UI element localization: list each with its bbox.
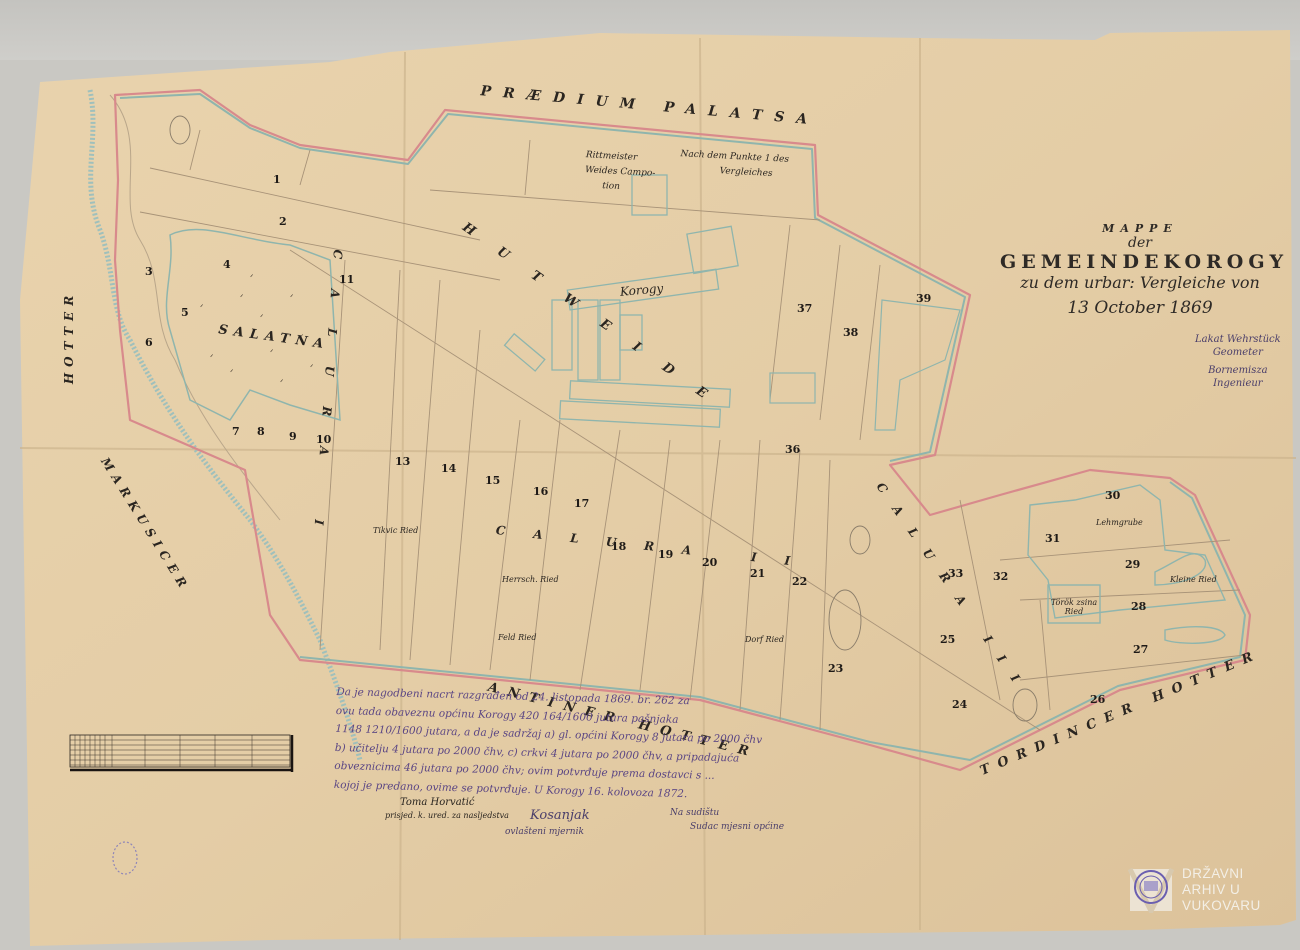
svg-text:ᐟ: ᐟ: [230, 368, 233, 377]
parcel-number: 13: [395, 455, 410, 468]
svg-text:ᐟ: ᐟ: [290, 293, 293, 302]
parcel-number: 24: [952, 698, 967, 711]
signature-block: Lakat Wehrstück Geometer Bornemisza Inge…: [1195, 333, 1281, 390]
parcel-number: 7: [232, 425, 240, 438]
pradium-note: Rittmeister Weides Campo- tion: [584, 148, 657, 197]
ried-label: Kleine Ried: [1170, 575, 1217, 584]
parcel-number: 2: [279, 215, 287, 228]
parcel-number: 1: [273, 173, 281, 186]
parcel-number: 27: [1133, 643, 1148, 656]
ried-label: Tikvic Ried: [373, 526, 418, 535]
parcel-number: 38: [843, 326, 858, 339]
parcel-number: 20: [702, 556, 717, 569]
parcel-number: 33: [948, 567, 963, 580]
title-subtitle: zu dem urbar: Vergleiche von: [990, 273, 1290, 292]
parcel-number: 39: [916, 292, 931, 305]
svg-text:ᐟ: ᐟ: [240, 293, 243, 302]
parcel-number: 18: [611, 540, 626, 553]
parcel-number: 16: [533, 485, 548, 498]
parcel-number: 9: [289, 430, 297, 443]
archive-line-3: VUKOVARU: [1182, 898, 1261, 914]
title-mappe: MAPPE: [990, 222, 1290, 235]
svg-text:ᐟ: ᐟ: [250, 273, 253, 282]
parcel-number: 11: [339, 273, 354, 286]
svg-text:ᐟ: ᐟ: [210, 353, 213, 362]
parcel-number: 28: [1131, 600, 1146, 613]
parcel-number: 14: [441, 462, 456, 475]
ried-label: Herrsch. Ried: [502, 575, 559, 584]
parcel-number: 31: [1045, 532, 1060, 545]
archive-watermark: DRŽAVNI ARHIV U VUKOVARU: [1128, 866, 1261, 914]
svg-text:ᐟ: ᐟ: [270, 348, 273, 357]
map-sheet: ᐟᐟᐟᐟ ᐟᐟᐟᐟ ᐟᐟᐟᐟ: [0, 0, 1300, 950]
parcel-number: 10: [316, 433, 331, 446]
parcel-number: 6: [145, 336, 153, 349]
parcel-number: 26: [1090, 693, 1105, 706]
label-west-boundary: HOTTER: [62, 290, 76, 384]
archive-line-1: DRŽAVNI: [1182, 866, 1261, 882]
parcel-number: 29: [1125, 558, 1140, 571]
svg-text:ᐟ: ᐟ: [200, 303, 203, 312]
svg-text:ᐟ: ᐟ: [310, 363, 313, 372]
parcel-number: 4: [223, 258, 231, 271]
parcel-number: 22: [792, 575, 807, 588]
svg-text:ᐟ: ᐟ: [280, 378, 283, 387]
parcel-number: 5: [181, 306, 189, 319]
parcel-number: 17: [574, 497, 589, 510]
annotation-signature-left: Toma Horvatić prisjed. k. ured. za naslj…: [385, 796, 509, 822]
parcel-number: 32: [993, 570, 1008, 583]
parcel-number: 15: [485, 474, 500, 487]
parcel-number: 3: [145, 265, 153, 278]
ried-label: Dorf Ried: [745, 635, 784, 644]
parcel-number: 36: [785, 443, 800, 456]
ried-label: Török zsina Ried: [1048, 598, 1100, 616]
parcel-number: 21: [750, 567, 765, 580]
parcel-number: 30: [1105, 489, 1120, 502]
vergleich-note: Nach dem Punkte 1 des Vergleiches: [679, 147, 789, 183]
svg-text:ᐟ: ᐟ: [260, 313, 263, 322]
ried-label: Feld Ried: [498, 633, 537, 642]
title-date: 13 October 1869: [990, 298, 1290, 318]
parcel-number: 25: [940, 633, 955, 646]
annotation-signature-center: Kosanjak ovlašteni mjernik: [505, 808, 590, 840]
archive-logo-icon: [1128, 867, 1174, 913]
ried-label: Lehmgrube: [1096, 518, 1143, 527]
parcel-number: 19: [658, 548, 673, 561]
paper-sheet: [20, 30, 1296, 946]
title-main: GEMEINDE KOROGY: [990, 251, 1290, 273]
annotation-signature-right: Na sudištu Sudac mjesni općine: [670, 806, 784, 834]
map-title-block: MAPPE der GEMEINDE KOROGY zu dem urbar: …: [990, 222, 1290, 318]
handwritten-annotation: Da je nagodbeni nacrt razgrađen od 24. l…: [334, 683, 877, 808]
parcel-number: 23: [828, 662, 843, 675]
parcel-number: 8: [257, 425, 265, 438]
archive-line-2: ARHIV U: [1182, 882, 1261, 898]
parcel-number: 37: [797, 302, 812, 315]
title-der: der: [990, 235, 1290, 251]
